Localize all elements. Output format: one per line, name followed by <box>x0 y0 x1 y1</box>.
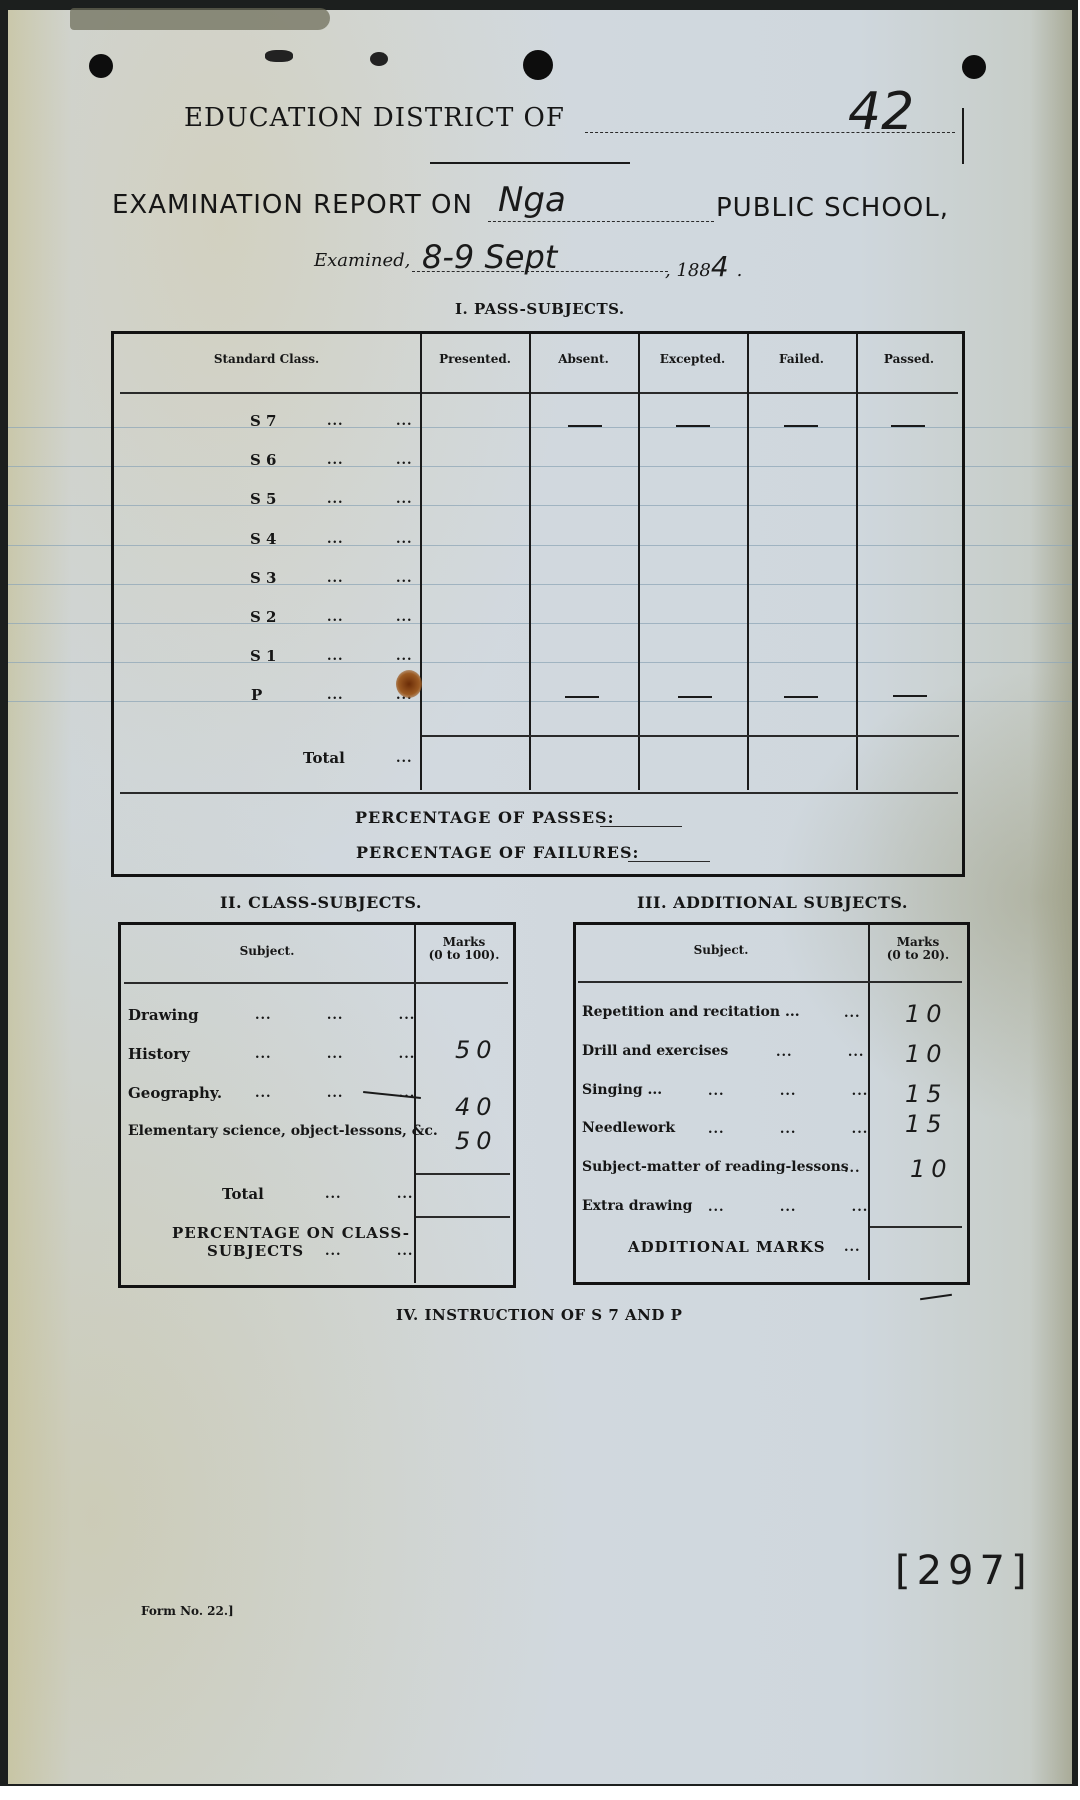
absent-dash <box>568 425 602 427</box>
row-dots: ... <box>396 532 413 547</box>
row-dots: ... <box>327 571 344 586</box>
row-dots: ... <box>327 610 344 625</box>
school-value: Nga <box>498 180 566 220</box>
year-prefix: , 188 <box>665 260 711 281</box>
pass-col-divider <box>747 334 749 790</box>
col-marks-line2: (0 to 20). <box>870 949 966 962</box>
row-dots: ... <box>396 610 413 625</box>
pass-subjects-table <box>111 331 965 877</box>
ink-blot <box>265 50 293 62</box>
failed-dash <box>784 425 818 427</box>
subject-dots: ... ... ... <box>255 1008 415 1023</box>
row-dots: ... <box>396 571 413 586</box>
row-label: S 4 <box>250 530 277 548</box>
subject-label: Geography. <box>128 1084 222 1102</box>
examined-label: Examined, <box>314 250 410 271</box>
pass-header-divider <box>120 392 958 394</box>
row-dots: ... <box>327 688 344 703</box>
class-subjects-title: II. CLASS-SUBJECTS. <box>220 893 422 912</box>
pass-total-label: Total <box>303 749 345 767</box>
subject-label: History <box>128 1045 190 1063</box>
row-dots: ... <box>327 492 344 507</box>
subject-dots: ... <box>844 1161 861 1176</box>
subject-mark[interactable]: 15 <box>905 1080 948 1108</box>
col-subject: Subject. <box>576 943 866 957</box>
row-label: S 1 <box>250 647 277 665</box>
col-passed: Passed. <box>856 352 962 366</box>
row-dots: ... <box>396 649 413 664</box>
pass-col-divider <box>856 334 858 790</box>
additional-marks-dots: ... <box>844 1240 861 1255</box>
row-label: S 3 <box>250 569 277 587</box>
district-value: 42 <box>848 82 914 142</box>
pass-subjects-title: I. PASS-SUBJECTS. <box>455 300 625 318</box>
col-failed: Failed. <box>747 352 856 366</box>
examined-value: 8-9 Sept <box>422 238 557 276</box>
row-dots: ... <box>327 414 344 429</box>
col-presented: Presented. <box>421 352 529 366</box>
class-percentage-line2: SUBJECTS <box>207 1242 304 1260</box>
instruction-title: IV. INSTRUCTION OF S 7 AND P <box>396 1306 682 1324</box>
subject-dots: ... ... ... <box>708 1200 868 1215</box>
paper-sheet <box>8 10 1072 1784</box>
class-total-dots: ... ... <box>325 1187 413 1202</box>
pass-total-dots: ... <box>396 751 413 766</box>
failed-dash <box>784 696 818 698</box>
rust-stain <box>396 670 422 698</box>
row-dots: ... <box>396 414 413 429</box>
class-total-divider <box>416 1173 510 1175</box>
col-marks-line2: (0 to 100). <box>416 949 512 962</box>
subject-mark[interactable]: 50 <box>455 1036 498 1064</box>
archive-number: [297] <box>895 1548 1033 1594</box>
torn-edge <box>70 8 330 30</box>
pass-col-divider <box>529 334 531 790</box>
school-suffix: PUBLIC SCHOOL, <box>716 193 949 223</box>
class-pct-divider <box>416 1216 510 1218</box>
subject-dots: ... <box>844 1006 861 1021</box>
punch-hole-right <box>962 55 986 79</box>
row-dots: ... <box>396 492 413 507</box>
row-dots: ... <box>396 453 413 468</box>
row-label: S 6 <box>250 451 277 469</box>
pass-total-line <box>422 735 959 737</box>
subject-label: Elementary science, object-lessons, &c. <box>128 1123 438 1139</box>
report-label: EXAMINATION REPORT ON <box>112 190 473 220</box>
row-dots: ... <box>327 453 344 468</box>
class-percentage-line1: PERCENTAGE ON CLASS- <box>172 1224 410 1242</box>
year-digit: 4 <box>711 250 729 283</box>
excepted-dash <box>676 425 710 427</box>
subject-label: Drawing <box>128 1006 199 1024</box>
subject-label: Subject-matter of reading-lessons <box>582 1159 849 1175</box>
subject-dots: ... ... ... <box>255 1047 415 1062</box>
subject-label: Repetition and recitation ... <box>582 1004 800 1020</box>
row-dots: ... <box>327 649 344 664</box>
header-rule <box>430 162 630 164</box>
subject-label: Extra drawing <box>582 1198 692 1214</box>
percentage-failures-label: PERCENTAGE OF FAILURES: <box>356 843 639 862</box>
subject-mark[interactable]: 40 <box>455 1093 498 1121</box>
subject-label: Drill and exercises <box>582 1043 728 1059</box>
subject-dots: ... ... ... <box>708 1084 868 1099</box>
percentage-passes-field[interactable] <box>600 826 682 827</box>
col-subject: Subject. <box>121 944 413 958</box>
row-label: S 2 <box>250 608 277 626</box>
col-excepted: Excepted. <box>638 352 747 366</box>
pass-footer-divider <box>120 792 958 794</box>
punch-hole-left <box>89 54 113 78</box>
percentage-passes-label: PERCENTAGE OF PASSES: <box>355 808 615 827</box>
absent-dash <box>565 696 599 698</box>
row-dots: ... <box>327 532 344 547</box>
subject-mark[interactable]: 10 <box>905 1040 948 1068</box>
class-total-label: Total <box>222 1185 264 1203</box>
punch-hole-center <box>523 50 553 80</box>
class-header-divider <box>124 982 508 984</box>
pass-col-divider <box>638 334 640 790</box>
subject-label: Singing ... <box>582 1082 662 1098</box>
bracket-mark <box>962 108 964 164</box>
form-number: Form No. 22.] <box>141 1604 234 1618</box>
subject-dots: ... ... ... <box>708 1122 868 1137</box>
class-percentage-dots: ... ... <box>325 1244 413 1259</box>
year-label: , 1884. <box>665 250 742 283</box>
additional-marks-label: ADDITIONAL MARKS <box>628 1238 826 1256</box>
district-label: EDUCATION DISTRICT OF <box>184 103 565 133</box>
subject-mark[interactable]: 10 <box>905 1000 948 1028</box>
additional-subjects-title: III. ADDITIONAL SUBJECTS. <box>637 893 908 912</box>
passed-dash <box>893 695 927 697</box>
row-label: P <box>251 686 262 704</box>
excepted-dash <box>678 696 712 698</box>
pass-col-divider <box>420 334 422 790</box>
col-absent: Absent. <box>529 352 638 366</box>
passed-dash <box>891 425 925 427</box>
subject-mark[interactable]: 10 <box>910 1155 953 1183</box>
school-underline <box>488 221 714 222</box>
year-suffix: . <box>737 260 743 281</box>
col-standard-class: Standard Class. <box>114 352 419 366</box>
additional-marks-divider <box>870 1226 962 1228</box>
ink-blot <box>370 52 388 66</box>
row-label: S 7 <box>250 412 277 430</box>
subject-mark[interactable]: 50 <box>455 1127 498 1155</box>
col-marks: Marks (0 to 20). <box>870 936 966 962</box>
col-marks: Marks (0 to 100). <box>416 936 512 962</box>
percentage-failures-field[interactable] <box>628 861 710 862</box>
subject-dots: ... ... <box>776 1045 864 1060</box>
subject-label: Needlework <box>582 1120 675 1136</box>
row-label: S 5 <box>250 490 277 508</box>
subject-mark[interactable]: 15 <box>905 1110 948 1138</box>
class-col-divider <box>414 925 416 1283</box>
additional-header-divider <box>578 981 962 983</box>
